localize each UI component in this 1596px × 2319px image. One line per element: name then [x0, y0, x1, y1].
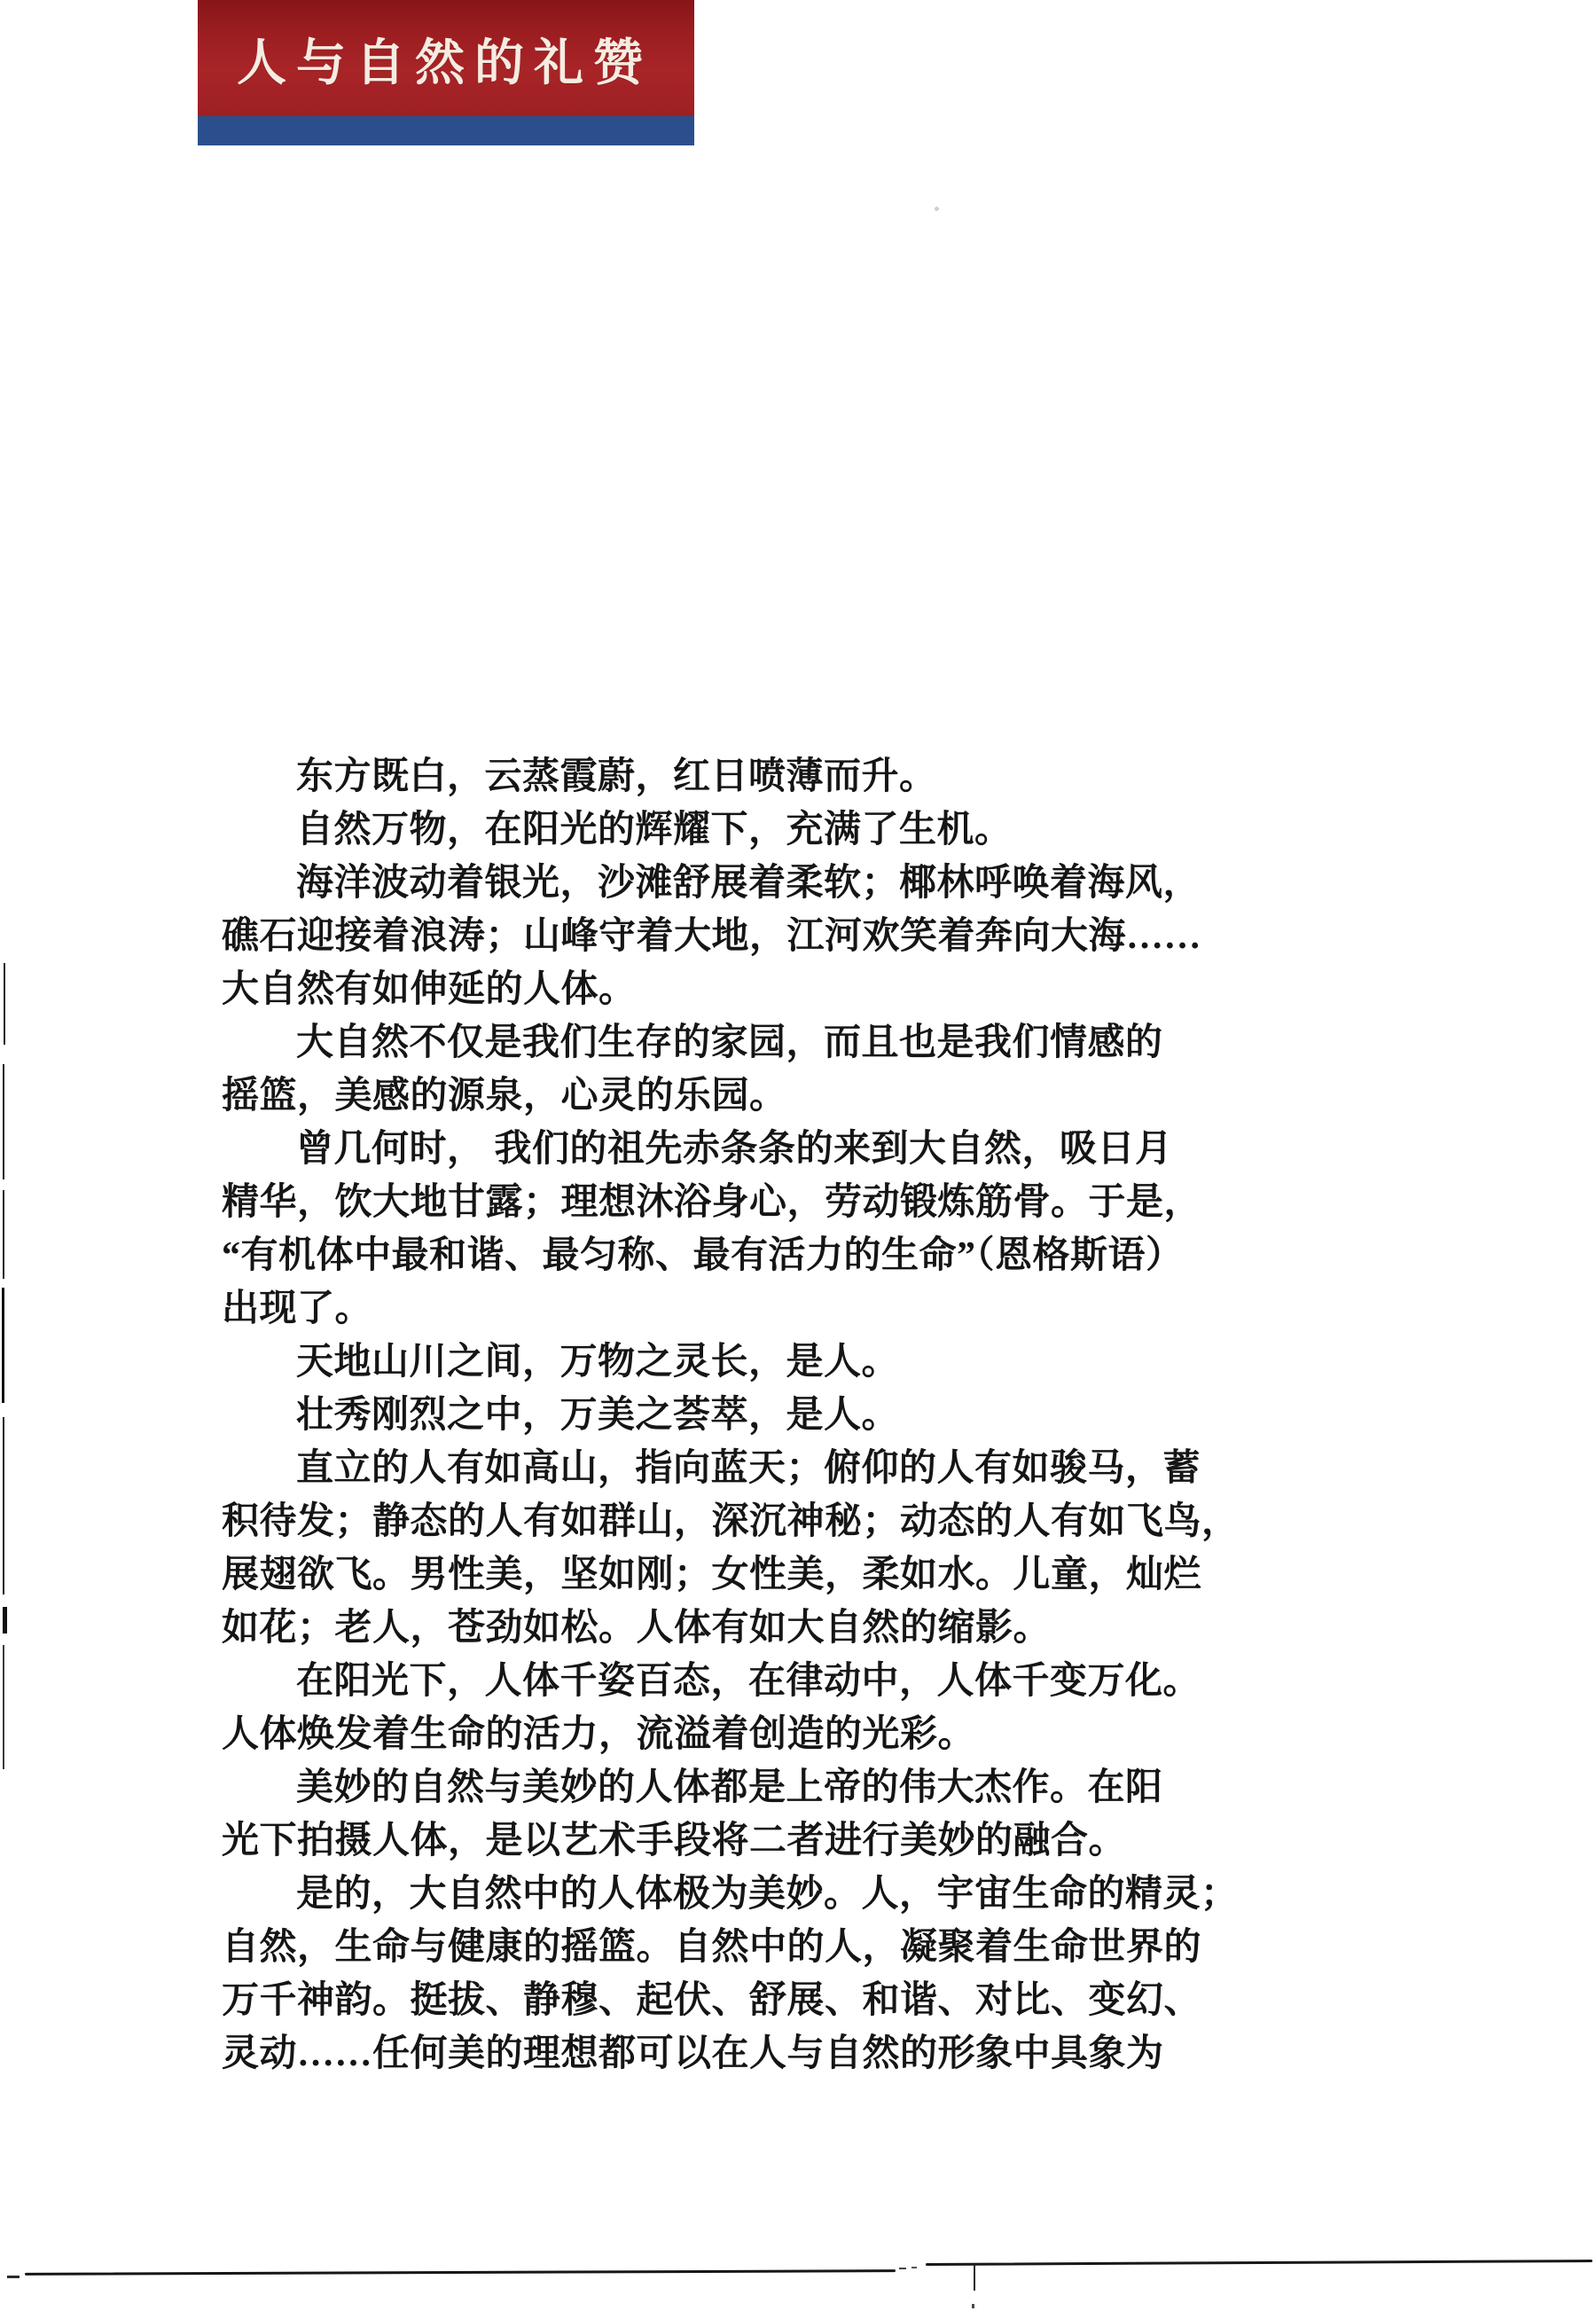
- text-line: 如花；老人，苍劲如松。人体有如大自然的缩影。: [222, 1602, 1144, 1655]
- scan-speck: [935, 207, 939, 211]
- scan-artifact-left-edge: [3, 1607, 7, 1633]
- text-line: 大自然不仅是我们生存的家园，而且也是我们情感的: [222, 1016, 1144, 1069]
- banner-blue-stripe: [198, 116, 694, 145]
- scan-artifact-left-edge: [2, 1288, 4, 1403]
- text-line: 光下拍摄人体，是以艺术手段将二者进行美妙的融合。: [222, 1814, 1144, 1868]
- text-line: 直立的人有如高山，指向蓝天；俯仰的人有如骏马，蓄: [222, 1442, 1144, 1495]
- text-line: 曾几何时， 我们的祖先赤条条的来到大自然，吸日月: [222, 1123, 1144, 1176]
- text-line: 东方既白，云蒸霞蔚，红日喷薄而升。: [222, 750, 1144, 803]
- text-line: 展翅欲飞。男性美，坚如刚；女性美，柔如水。儿童，灿烂: [222, 1548, 1144, 1602]
- text-line: 海洋波动着银光，沙滩舒展着柔软；椰林呼唤着海风，: [222, 857, 1144, 910]
- scan-artifact-tick: [974, 2264, 975, 2291]
- chapter-banner-red-band: 人与自然的礼赞: [198, 0, 694, 116]
- scanned-book-page: 人与自然的礼赞 东方既白，云蒸霞蔚，红日喷薄而升。自然万物，在阳光的辉耀下，充满…: [0, 0, 1596, 2319]
- scan-artifact-left-edge: [4, 963, 5, 1045]
- text-line: 自然万物，在阳光的辉耀下，充满了生机。: [222, 803, 1144, 857]
- text-line: 在阳光下，人体千姿百态，在律动中，人体千变万化。: [222, 1655, 1144, 1708]
- chapter-banner: 人与自然的礼赞: [198, 0, 694, 145]
- scan-artifact-left-edge: [3, 1190, 4, 1279]
- scan-artifact-bottom-line: [926, 2260, 1592, 2266]
- scan-artifact-left-edge: [3, 1645, 4, 1769]
- scan-artifact-bottom-line: [911, 2267, 917, 2268]
- text-line: 是的，大自然中的人体极为美妙。人，宇宙生命的精灵；: [222, 1868, 1144, 1921]
- scan-speck: [972, 2304, 974, 2308]
- text-line: “有机体中最和谐、最匀称、最有活力的生命”（恩格斯语）: [222, 1229, 1144, 1282]
- text-line: 天地山川之间，万物之灵长，是人。: [222, 1336, 1144, 1389]
- scan-artifact-bottom-line: [7, 2276, 20, 2278]
- text-line: 礁石迎接着浪涛；山峰守着大地，江河欢笑着奔向大海……: [222, 910, 1144, 963]
- text-line: 灵动……任何美的理想都可以在人与自然的形象中具象为: [222, 2027, 1144, 2080]
- chapter-title: 人与自然的礼赞: [198, 28, 653, 89]
- text-line: 美妙的自然与美妙的人体都是上帝的伟大杰作。在阳: [222, 1761, 1144, 1814]
- text-line: 大自然有如伸延的人体。: [222, 963, 1144, 1016]
- scan-artifact-bottom-line: [899, 2268, 906, 2269]
- text-line: 摇篮，美感的源泉，心灵的乐园。: [222, 1069, 1144, 1123]
- text-line: 人体焕发着生命的活力，流溢着创造的光彩。: [222, 1708, 1144, 1761]
- text-line: 万千神韵。挺拔、静穆、起伏、舒展、和谐、对比、变幻、: [222, 1974, 1144, 2027]
- scan-artifact-left-edge: [3, 1417, 4, 1594]
- text-line: 精华，饮大地甘露；理想沐浴身心，劳动锻炼筋骨。于是，: [222, 1176, 1144, 1229]
- body-text: 东方既白，云蒸霞蔚，红日喷薄而升。自然万物，在阳光的辉耀下，充满了生机。海洋波动…: [222, 750, 1144, 2080]
- text-line: 自然，生命与健康的摇篮。自然中的人，凝聚着生命世界的: [222, 1921, 1144, 1974]
- scan-artifact-left-edge: [3, 1064, 4, 1179]
- scan-artifact-bottom-line: [25, 2269, 896, 2276]
- text-line: 积待发；静态的人有如群山，深沉神秘；动态的人有如飞鸟，: [222, 1495, 1144, 1548]
- text-line: 出现了。: [222, 1282, 1144, 1336]
- text-line: 壮秀刚烈之中，万美之荟萃，是人。: [222, 1389, 1144, 1442]
